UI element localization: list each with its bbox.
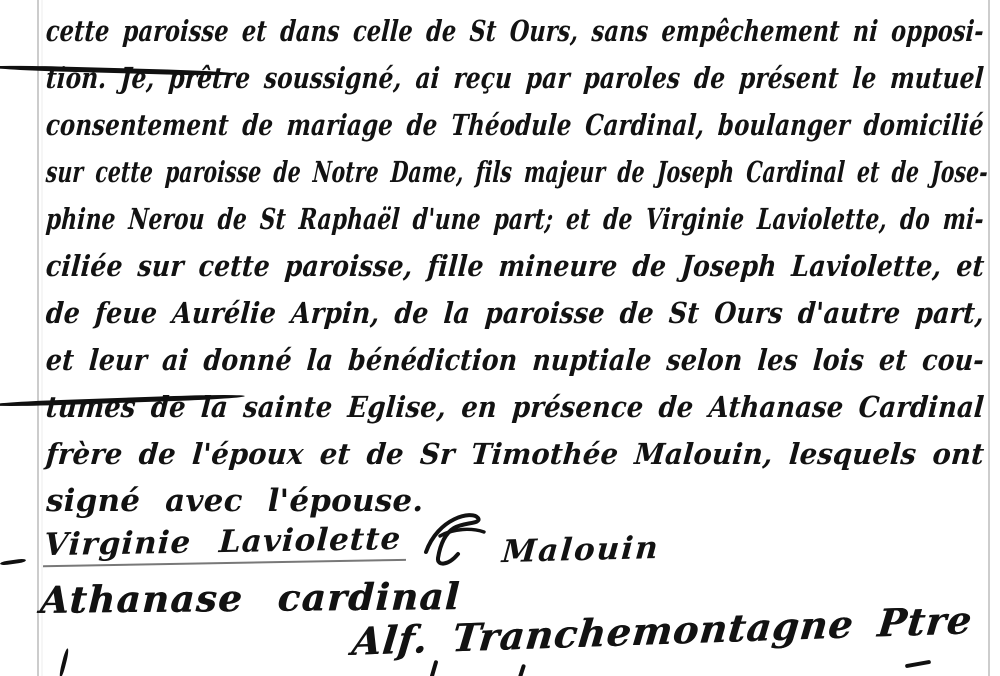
signature-athanase-cardinal: Athanase cardinal [39,574,461,622]
scanned-register-page: cette paroisse et dans celle de St Ours,… [0,0,1000,676]
text-line-4: sur cette paroisse de Notre Dame, fils m… [45,149,704,196]
record-body: cette paroisse et dans celle de St Ours,… [46,8,984,525]
signature-bride-virginie-laviolette: Virginie Laviolette [43,521,408,567]
text-line-8: et leur ai donné la bénédiction nuptiale… [44,337,865,384]
text-line-3: consentement de mariage de Théodule Card… [44,102,787,149]
text-line-7: de feue Aurélie Arpin, de la paroisse de… [44,290,865,337]
text-line-1: cette paroisse et dans celle de St Ours,… [44,8,770,55]
signature-witness-malouin: Malouin [501,530,662,570]
signature-witness-initial-flourish [420,508,498,574]
text-line-2: tion. Je, prêtre soussigné, ai reçu par … [44,55,797,102]
cutoff-stroke [430,660,439,676]
right-margin-rule [988,0,990,676]
text-line-9: tumes de la sainte Eglise, en présence d… [44,384,881,431]
text-line-6: ciliée sur cette paroisse, fille mineure… [44,243,858,290]
left-margin-rule [37,0,39,676]
text-line-10: frère de l'époux et de Sr Timothée Malou… [44,431,935,478]
text-line-11: signé avec l'épouse. [46,478,984,525]
cutoff-stroke [58,648,69,676]
text-line-5: phine Nerou de St Raphaël d'une part; et… [44,196,750,243]
cutoff-stroke [518,664,526,676]
pen-flourish-small [0,558,26,566]
cutoff-stroke [905,660,931,668]
